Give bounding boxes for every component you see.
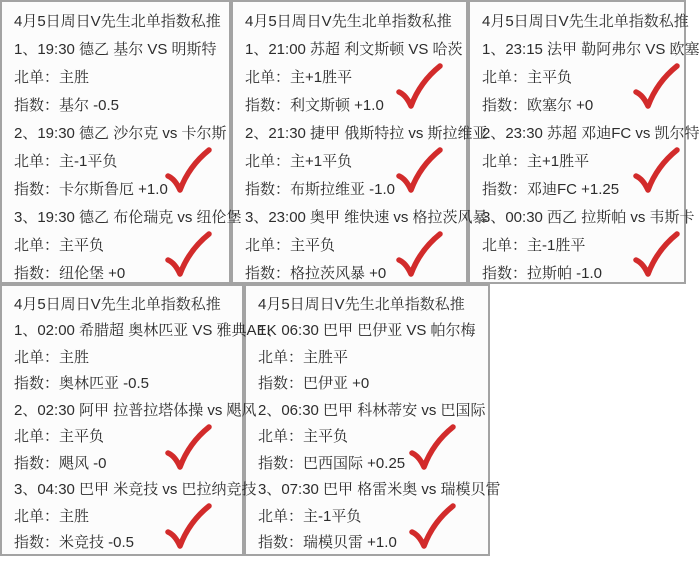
index-line: 指数：米竞技 -0.5 xyxy=(14,529,242,556)
beidan-line-wrap: 北单：主平负 xyxy=(14,230,229,258)
index-line: 指数：飓风 -0 xyxy=(14,449,242,476)
beidan-line: 北单：主平负 xyxy=(245,234,335,255)
match-header: 1、06:30 巴甲 巴伊亚 VS 帕尔梅 xyxy=(258,317,488,344)
beidan-line-wrap: 北单：主胜 xyxy=(14,343,242,370)
match-item: 3、07:30 巴甲 格雷米奥 vs 瑞模贝雷 北单：主-1平负 指数：瑞模贝雷… xyxy=(258,476,488,556)
index-line: 指数：格拉茨风暴 +0 xyxy=(245,258,466,286)
match-item: 1、23:15 法甲 勒阿弗尔 VS 欧塞尔 北单：主平负 指数：欧塞尔 +0 xyxy=(482,34,684,118)
panel-title: 4月5日周日V先生北单指数私推 xyxy=(14,290,242,317)
panel-title: 4月5日周日V先生北单指数私推 xyxy=(14,6,229,34)
beidan-line: 北单：主-1胜平 xyxy=(482,234,585,255)
beidan-line-wrap: 北单：主+1胜平 xyxy=(245,62,466,90)
beidan-line: 北单：主-1平负 xyxy=(258,505,361,526)
tips-panel-5: 4月5日周日V先生北单指数私推 1、06:30 巴甲 巴伊亚 VS 帕尔梅 北单… xyxy=(244,284,490,556)
match-header: 1、21:00 苏超 利文斯顿 VS 哈茨 xyxy=(245,34,466,62)
match-header: 1、02:00 希腊超 奥林匹亚 VS 雅典AEK xyxy=(14,317,242,344)
match-header: 3、07:30 巴甲 格雷米奥 vs 瑞模贝雷 xyxy=(258,476,488,503)
beidan-line: 北单：主-1平负 xyxy=(14,150,117,171)
match-item: 2、02:30 阿甲 拉普拉塔体操 vs 飓风 北单：主平负 指数：飓风 -0 xyxy=(14,396,242,476)
tips-panel-4: 4月5日周日V先生北单指数私推 1、02:00 希腊超 奥林匹亚 VS 雅典AE… xyxy=(0,284,244,556)
index-line: 指数：布斯拉维亚 -1.0 xyxy=(245,174,466,202)
match-header: 2、23:30 苏超 邓迪FC vs 凯尔特人 xyxy=(482,118,684,146)
beidan-line: 北单：主胜平 xyxy=(258,346,348,367)
beidan-line-wrap: 北单：主平负 xyxy=(482,62,684,90)
beidan-line: 北单：主+1胜平 xyxy=(245,66,352,87)
beidan-line-wrap: 北单：主-1平负 xyxy=(14,146,229,174)
match-header: 2、21:30 捷甲 俄斯特拉 vs 斯拉维亚 xyxy=(245,118,466,146)
match-item: 3、19:30 德乙 布伦瑞克 vs 纽伦堡 北单：主平负 指数：纽伦堡 +0 xyxy=(14,202,229,286)
beidan-line-wrap: 北单：主+1胜平 xyxy=(482,146,684,174)
index-line: 指数：拉斯帕 -1.0 xyxy=(482,258,684,286)
tips-panel-2: 4月5日周日V先生北单指数私推 1、21:00 苏超 利文斯顿 VS 哈茨 北单… xyxy=(231,0,468,284)
beidan-line: 北单：主+1胜平 xyxy=(482,150,589,171)
beidan-line: 北单：主胜 xyxy=(14,505,89,526)
index-line: 指数：利文斯顿 +1.0 xyxy=(245,90,466,118)
index-line: 指数：巴西国际 +0.25 xyxy=(258,449,488,476)
bottom-row: 4月5日周日V先生北单指数私推 1、02:00 希腊超 奥林匹亚 VS 雅典AE… xyxy=(0,284,686,556)
match-header: 1、23:15 法甲 勒阿弗尔 VS 欧塞尔 xyxy=(482,34,684,62)
beidan-line-wrap: 北单：主平负 xyxy=(258,423,488,450)
tips-board: 4月5日周日V先生北单指数私推 1、19:30 德乙 基尔 VS 明斯特 北单：… xyxy=(0,0,686,556)
match-item: 2、23:30 苏超 邓迪FC vs 凯尔特人 北单：主+1胜平 指数：邓迪FC… xyxy=(482,118,684,202)
match-header: 2、02:30 阿甲 拉普拉塔体操 vs 飓风 xyxy=(14,396,242,423)
tips-panel-1: 4月5日周日V先生北单指数私推 1、19:30 德乙 基尔 VS 明斯特 北单：… xyxy=(0,0,231,284)
match-item: 1、21:00 苏超 利文斯顿 VS 哈茨 北单：主+1胜平 指数：利文斯顿 +… xyxy=(245,34,466,118)
match-header: 3、19:30 德乙 布伦瑞克 vs 纽伦堡 xyxy=(14,202,229,230)
index-line: 指数：欧塞尔 +0 xyxy=(482,90,684,118)
match-item: 3、23:00 奥甲 维快速 vs 格拉茨风暴 北单：主平负 指数：格拉茨风暴 … xyxy=(245,202,466,286)
beidan-line: 北单：主胜 xyxy=(14,66,89,87)
index-line: 指数：基尔 -0.5 xyxy=(14,90,229,118)
match-item: 2、19:30 德乙 沙尔克 vs 卡尔斯 北单：主-1平负 指数：卡尔斯鲁厄 … xyxy=(14,118,229,202)
index-line: 指数：纽伦堡 +0 xyxy=(14,258,229,286)
match-header: 3、00:30 西乙 拉斯帕 vs 韦斯卡 xyxy=(482,202,684,230)
top-row: 4月5日周日V先生北单指数私推 1、19:30 德乙 基尔 VS 明斯特 北单：… xyxy=(0,0,686,284)
match-item: 2、06:30 巴甲 科林蒂安 vs 巴国际 北单：主平负 指数：巴西国际 +0… xyxy=(258,396,488,476)
index-line: 指数：奥林匹亚 -0.5 xyxy=(14,370,242,397)
panel-title: 4月5日周日V先生北单指数私推 xyxy=(258,290,488,317)
beidan-line: 北单：主+1平负 xyxy=(245,150,352,171)
index-line: 指数：邓迪FC +1.25 xyxy=(482,174,684,202)
beidan-line-wrap: 北单：主平负 xyxy=(245,230,466,258)
index-line: 指数：瑞模贝雷 +1.0 xyxy=(258,529,488,556)
match-item: 2、21:30 捷甲 俄斯特拉 vs 斯拉维亚 北单：主+1平负 指数：布斯拉维… xyxy=(245,118,466,202)
beidan-line: 北单：主平负 xyxy=(14,425,104,446)
match-header: 2、19:30 德乙 沙尔克 vs 卡尔斯 xyxy=(14,118,229,146)
match-item: 1、02:00 希腊超 奥林匹亚 VS 雅典AEK 北单：主胜 指数：奥林匹亚 … xyxy=(14,317,242,397)
beidan-line-wrap: 北单：主-1胜平 xyxy=(482,230,684,258)
beidan-line: 北单：主胜 xyxy=(14,346,89,367)
match-header: 2、06:30 巴甲 科林蒂安 vs 巴国际 xyxy=(258,396,488,423)
match-header: 1、19:30 德乙 基尔 VS 明斯特 xyxy=(14,34,229,62)
beidan-line: 北单：主平负 xyxy=(14,234,104,255)
index-line: 指数：卡尔斯鲁厄 +1.0 xyxy=(14,174,229,202)
match-header: 3、23:00 奥甲 维快速 vs 格拉茨风暴 xyxy=(245,202,466,230)
match-item: 1、19:30 德乙 基尔 VS 明斯特 北单：主胜 指数：基尔 -0.5 xyxy=(14,34,229,118)
match-item: 1、06:30 巴甲 巴伊亚 VS 帕尔梅 北单：主胜平 指数：巴伊亚 +0 xyxy=(258,317,488,397)
beidan-line-wrap: 北单：主+1平负 xyxy=(245,146,466,174)
match-header: 3、04:30 巴甲 米竞技 vs 巴拉纳竞技 xyxy=(14,476,242,503)
beidan-line: 北单：主平负 xyxy=(482,66,572,87)
beidan-line: 北单：主平负 xyxy=(258,425,348,446)
beidan-line-wrap: 北单：主-1平负 xyxy=(258,502,488,529)
match-item: 3、04:30 巴甲 米竞技 vs 巴拉纳竞技 北单：主胜 指数：米竞技 -0.… xyxy=(14,476,242,556)
panel-title: 4月5日周日V先生北单指数私推 xyxy=(245,6,466,34)
beidan-line-wrap: 北单：主胜平 xyxy=(258,343,488,370)
panel-title: 4月5日周日V先生北单指数私推 xyxy=(482,6,684,34)
tips-panel-3: 4月5日周日V先生北单指数私推 1、23:15 法甲 勒阿弗尔 VS 欧塞尔 北… xyxy=(468,0,686,284)
index-line: 指数：巴伊亚 +0 xyxy=(258,370,488,397)
beidan-line-wrap: 北单：主胜 xyxy=(14,502,242,529)
beidan-line-wrap: 北单：主胜 xyxy=(14,62,229,90)
match-item: 3、00:30 西乙 拉斯帕 vs 韦斯卡 北单：主-1胜平 指数：拉斯帕 -1… xyxy=(482,202,684,286)
beidan-line-wrap: 北单：主平负 xyxy=(14,423,242,450)
